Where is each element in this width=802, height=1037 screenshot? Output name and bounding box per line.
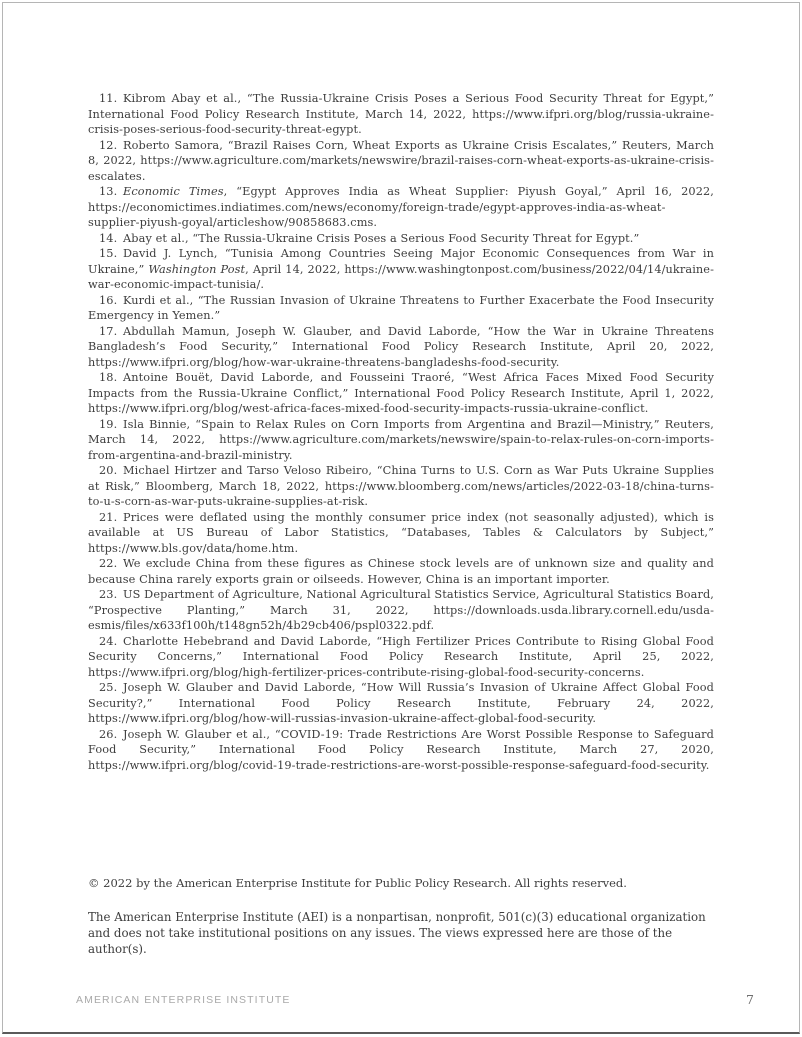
- endnote-text: Michael Hirtzer and Tarso Veloso Ribeiro…: [88, 464, 714, 508]
- endnote: 22. We exclude China from these figures …: [88, 556, 714, 587]
- endnote: 25. Joseph W. Glauber and David Laborde,…: [88, 680, 714, 727]
- endnote-number: 12.: [99, 139, 123, 152]
- endnote-number: 24.: [99, 635, 123, 648]
- endnote: 20. Michael Hirtzer and Tarso Veloso Rib…: [88, 463, 714, 510]
- endnote: 12. Roberto Samora, “Brazil Raises Corn,…: [88, 138, 714, 185]
- endnote-text: Charlotte Hebebrand and David Laborde, “…: [88, 635, 714, 679]
- endnote-number: 18.: [99, 371, 123, 384]
- endnote: 17. Abdullah Mamun, Joseph W. Glauber, a…: [88, 324, 714, 371]
- endnote-text: Economic Times: [123, 185, 224, 198]
- endnote: 13. Economic Times, “Egypt Approves Indi…: [88, 184, 714, 231]
- endnote-number: 21.: [99, 511, 123, 524]
- footer-organization-label: AMERICAN ENTERPRISE INSTITUTE: [76, 994, 291, 1006]
- endnotes-list: 11. Kibrom Abay et al., “The Russia-Ukra…: [88, 91, 714, 773]
- endnote: 23. US Department of Agriculture, Nation…: [88, 587, 714, 634]
- endnote-text: Kurdi et al., “The Russian Invasion of U…: [88, 294, 714, 323]
- endnote: 26. Joseph W. Glauber et al., “COVID-19:…: [88, 727, 714, 774]
- endnote-text: US Department of Agriculture, National A…: [88, 588, 714, 632]
- endnote-text: Washington Post: [148, 263, 245, 276]
- endnote-number: 20.: [99, 464, 123, 477]
- endnote-text: Isla Binnie, “Spain to Relax Rules on Co…: [88, 418, 714, 462]
- endnote: 16. Kurdi et al., “The Russian Invasion …: [88, 293, 714, 324]
- endnote-text: Abdullah Mamun, Joseph W. Glauber, and D…: [88, 325, 714, 369]
- endnote-number: 17.: [99, 325, 123, 338]
- endnote-text: Joseph W. Glauber and David Laborde, “Ho…: [88, 681, 714, 725]
- endnote-number: 11.: [99, 92, 123, 105]
- endnote-text: Kibrom Abay et al., “The Russia-Ukraine …: [88, 92, 714, 136]
- endnote-text: Roberto Samora, “Brazil Raises Corn, Whe…: [88, 139, 714, 183]
- endnote: 14. Abay et al., “The Russia-Ukraine Cri…: [88, 231, 714, 247]
- endnote-number: 15.: [99, 247, 123, 260]
- document-page: 11. Kibrom Abay et al., “The Russia-Ukra…: [2, 2, 800, 1034]
- disclaimer-paragraph: The American Enterprise Institute (AEI) …: [88, 909, 714, 957]
- endnote-number: 13.: [99, 185, 123, 198]
- endnote: 24. Charlotte Hebebrand and David Labord…: [88, 634, 714, 681]
- endnote-number: 26.: [99, 728, 123, 741]
- endnote-text: Antoine Bouët, David Laborde, and Fousse…: [88, 371, 714, 415]
- endnote-number: 25.: [99, 681, 123, 694]
- endnote-number: 19.: [99, 418, 123, 431]
- endnote-number: 14.: [99, 232, 123, 245]
- endnote: 18. Antoine Bouët, David Laborde, and Fo…: [88, 370, 714, 417]
- endnote-text: Abay et al., “The Russia-Ukraine Crisis …: [123, 232, 639, 245]
- endnote-number: 22.: [99, 557, 123, 570]
- copyright-line: © 2022 by the American Enterprise Instit…: [88, 875, 714, 891]
- endnote-number: 23.: [99, 588, 123, 601]
- endnote-text: Joseph W. Glauber et al., “COVID-19: Tra…: [88, 728, 714, 772]
- page-number: 7: [746, 992, 754, 1007]
- endnote: 19. Isla Binnie, “Spain to Relax Rules o…: [88, 417, 714, 464]
- endnote: 15. David J. Lynch, “Tunisia Among Count…: [88, 246, 714, 293]
- endnote: 21. Prices were deflated using the month…: [88, 510, 714, 557]
- endnote-text: Prices were deflated using the monthly c…: [88, 511, 714, 555]
- endnote: 11. Kibrom Abay et al., “The Russia-Ukra…: [88, 91, 714, 138]
- endnote-text: We exclude China from these figures as C…: [88, 557, 714, 586]
- endnote-number: 16.: [99, 294, 123, 307]
